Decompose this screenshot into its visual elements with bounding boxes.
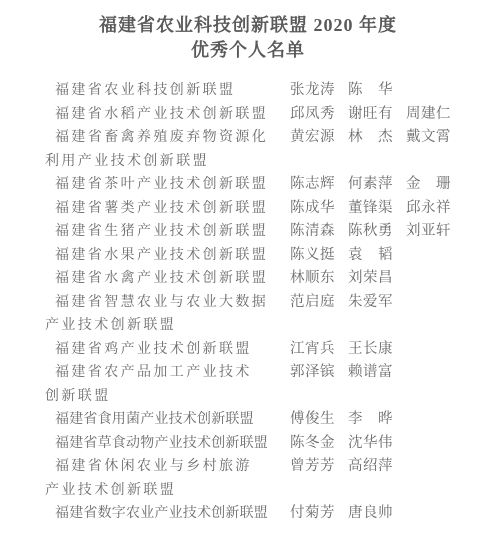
alliance-name-line: 福建省数字农业产业技术创新联盟 <box>45 502 496 526</box>
awardee-names: 范启庭朱爱军 <box>290 291 393 315</box>
alliance-name-line: 利用产业技术创新联盟 <box>45 150 496 174</box>
award-entry: 福建省生猪产业技术创新联盟陈清森陈秋勇刘亚轩 <box>45 220 496 244</box>
alliance-name-line: 福建省农产品加工产业技术 <box>45 361 496 385</box>
awardee-name: 朱爱军 <box>348 291 393 315</box>
award-entry: 福建省畜禽养殖废弃物资源化利用产业技术创新联盟黄宏源林 杰戴文霄 <box>45 126 496 173</box>
alliance-name: 福建省食用菌产业技术创新联盟 <box>45 408 496 432</box>
awardee-name: 沈华伟 <box>348 432 393 456</box>
award-entry: 福建省草食动物产业技术创新联盟陈冬金沈华伟 <box>45 432 496 456</box>
alliance-name-line: 福建省水果产业技术创新联盟 <box>45 244 496 268</box>
awardee-name: 周建仁 <box>406 103 451 127</box>
awardee-names: 傅俊生李 晔 <box>290 408 393 432</box>
awardee-name: 金 珊 <box>406 173 451 197</box>
document-title: 福建省农业科技创新联盟 2020 年度 优秀个人名单 <box>0 13 496 63</box>
alliance-name: 福建省农业科技创新联盟 <box>45 79 496 103</box>
awardee-name: 陈义挺 <box>290 244 335 268</box>
alliance-name-line: 福建省食用菌产业技术创新联盟 <box>45 408 496 432</box>
award-entry: 福建省食用菌产业技术创新联盟傅俊生李 晔 <box>45 408 496 432</box>
awardee-names: 江宵兵王长康 <box>290 338 393 362</box>
awardee-names: 郭泽镔赖谱富 <box>290 361 393 385</box>
award-entry: 福建省农产品加工产业技术创新联盟郭泽镔赖谱富 <box>45 361 496 408</box>
awardee-name: 唐良帅 <box>348 502 393 526</box>
awardee-name: 范启庭 <box>290 291 335 315</box>
awardee-name: 邱凤秀 <box>290 103 335 127</box>
alliance-name-line: 产业技术创新联盟 <box>45 479 496 503</box>
alliance-name-line: 福建省鸡产业技术创新联盟 <box>45 338 496 362</box>
awardee-name: 刘荣昌 <box>348 267 393 291</box>
alliance-name: 福建省农产品加工产业技术创新联盟 <box>45 361 496 408</box>
alliance-name-line: 福建省草食动物产业技术创新联盟 <box>45 432 496 456</box>
awardee-name: 赖谱富 <box>348 361 393 385</box>
awardee-names: 陈冬金沈华伟 <box>290 432 393 456</box>
alliance-name: 福建省水禽产业技术创新联盟 <box>45 267 496 291</box>
awardee-names: 邱凤秀谢旺有周建仁 <box>290 103 451 127</box>
awardee-name: 付菊芳 <box>290 502 335 526</box>
alliance-name: 福建省水果产业技术创新联盟 <box>45 244 496 268</box>
awardee-name: 曾芳芳 <box>290 455 335 479</box>
awardee-name: 董锋渠 <box>348 197 393 221</box>
awardee-name: 张龙涛 <box>290 79 335 103</box>
title-line-2: 优秀个人名单 <box>0 38 496 63</box>
awardee-names: 付菊芳唐良帅 <box>290 502 393 526</box>
awardee-name: 邱永祥 <box>406 197 451 221</box>
alliance-name-line: 福建省休闲农业与乡村旅游 <box>45 455 496 479</box>
awardee-name: 高绍萍 <box>348 455 393 479</box>
awardee-name: 傅俊生 <box>290 408 335 432</box>
award-entry: 福建省水禽产业技术创新联盟林顺东刘荣昌 <box>45 267 496 291</box>
awardee-name: 陈志辉 <box>290 173 335 197</box>
award-entry: 福建省水稻产业技术创新联盟邱凤秀谢旺有周建仁 <box>45 103 496 127</box>
alliance-name: 福建省草食动物产业技术创新联盟 <box>45 432 496 456</box>
awardee-names: 曾芳芳高绍萍 <box>290 455 393 479</box>
title-line-1: 福建省农业科技创新联盟 2020 年度 <box>0 13 496 38</box>
awardee-name: 林 杰 <box>348 126 393 150</box>
awardee-name: 陈清森 <box>290 220 335 244</box>
awardee-names: 陈清森陈秋勇刘亚轩 <box>290 220 451 244</box>
awardee-names: 林顺东刘荣昌 <box>290 267 393 291</box>
awardee-name: 陈 华 <box>348 79 393 103</box>
alliance-name-line: 福建省农业科技创新联盟 <box>45 79 496 103</box>
awardee-name: 陈成华 <box>290 197 335 221</box>
awardee-names: 陈义挺袁 韬 <box>290 244 393 268</box>
awardee-name: 王长康 <box>348 338 393 362</box>
award-entry: 福建省数字农业产业技术创新联盟付菊芳唐良帅 <box>45 502 496 526</box>
award-entry: 福建省鸡产业技术创新联盟江宵兵王长康 <box>45 338 496 362</box>
awardee-names: 陈成华董锋渠邱永祥 <box>290 197 451 221</box>
awardee-name: 郭泽镔 <box>290 361 335 385</box>
award-entry: 福建省农业科技创新联盟张龙涛陈 华 <box>45 79 496 103</box>
alliance-name: 福建省智慧农业与农业大数据产业技术创新联盟 <box>45 291 496 338</box>
awardee-name: 陈秋勇 <box>348 220 393 244</box>
awardee-name: 袁 韬 <box>348 244 393 268</box>
award-entry: 福建省茶叶产业技术创新联盟陈志辉何素萍金 珊 <box>45 173 496 197</box>
awardee-name: 江宵兵 <box>290 338 335 362</box>
awardee-name: 林顺东 <box>290 267 335 291</box>
awardee-name: 黄宏源 <box>290 126 335 150</box>
alliance-name: 福建省数字农业产业技术创新联盟 <box>45 502 496 526</box>
alliance-name-line: 福建省水禽产业技术创新联盟 <box>45 267 496 291</box>
awardee-names: 黄宏源林 杰戴文霄 <box>290 126 451 150</box>
awardee-name: 李 晔 <box>348 408 393 432</box>
alliance-name: 福建省休闲农业与乡村旅游产业技术创新联盟 <box>45 455 496 502</box>
alliance-name: 福建省鸡产业技术创新联盟 <box>45 338 496 362</box>
award-list: 福建省农业科技创新联盟张龙涛陈 华福建省水稻产业技术创新联盟邱凤秀谢旺有周建仁福… <box>0 79 496 526</box>
award-entry: 福建省智慧农业与农业大数据产业技术创新联盟范启庭朱爱军 <box>45 291 496 338</box>
alliance-name-line: 福建省智慧农业与农业大数据 <box>45 291 496 315</box>
alliance-name-line: 产业技术创新联盟 <box>45 314 496 338</box>
awardee-name: 陈冬金 <box>290 432 335 456</box>
award-entry: 福建省薯类产业技术创新联盟陈成华董锋渠邱永祥 <box>45 197 496 221</box>
awardee-names: 张龙涛陈 华 <box>290 79 393 103</box>
awardee-name: 谢旺有 <box>348 103 393 127</box>
awardee-name: 刘亚轩 <box>406 220 451 244</box>
awardee-names: 陈志辉何素萍金 珊 <box>290 173 451 197</box>
awardee-name: 戴文霄 <box>406 126 451 150</box>
alliance-name-line: 创新联盟 <box>45 385 496 409</box>
awardee-name: 何素萍 <box>348 173 393 197</box>
award-entry: 福建省休闲农业与乡村旅游产业技术创新联盟曾芳芳高绍萍 <box>45 455 496 502</box>
document-page: 福建省农业科技创新联盟 2020 年度 优秀个人名单 福建省农业科技创新联盟张龙… <box>0 0 496 526</box>
award-entry: 福建省水果产业技术创新联盟陈义挺袁 韬 <box>45 244 496 268</box>
